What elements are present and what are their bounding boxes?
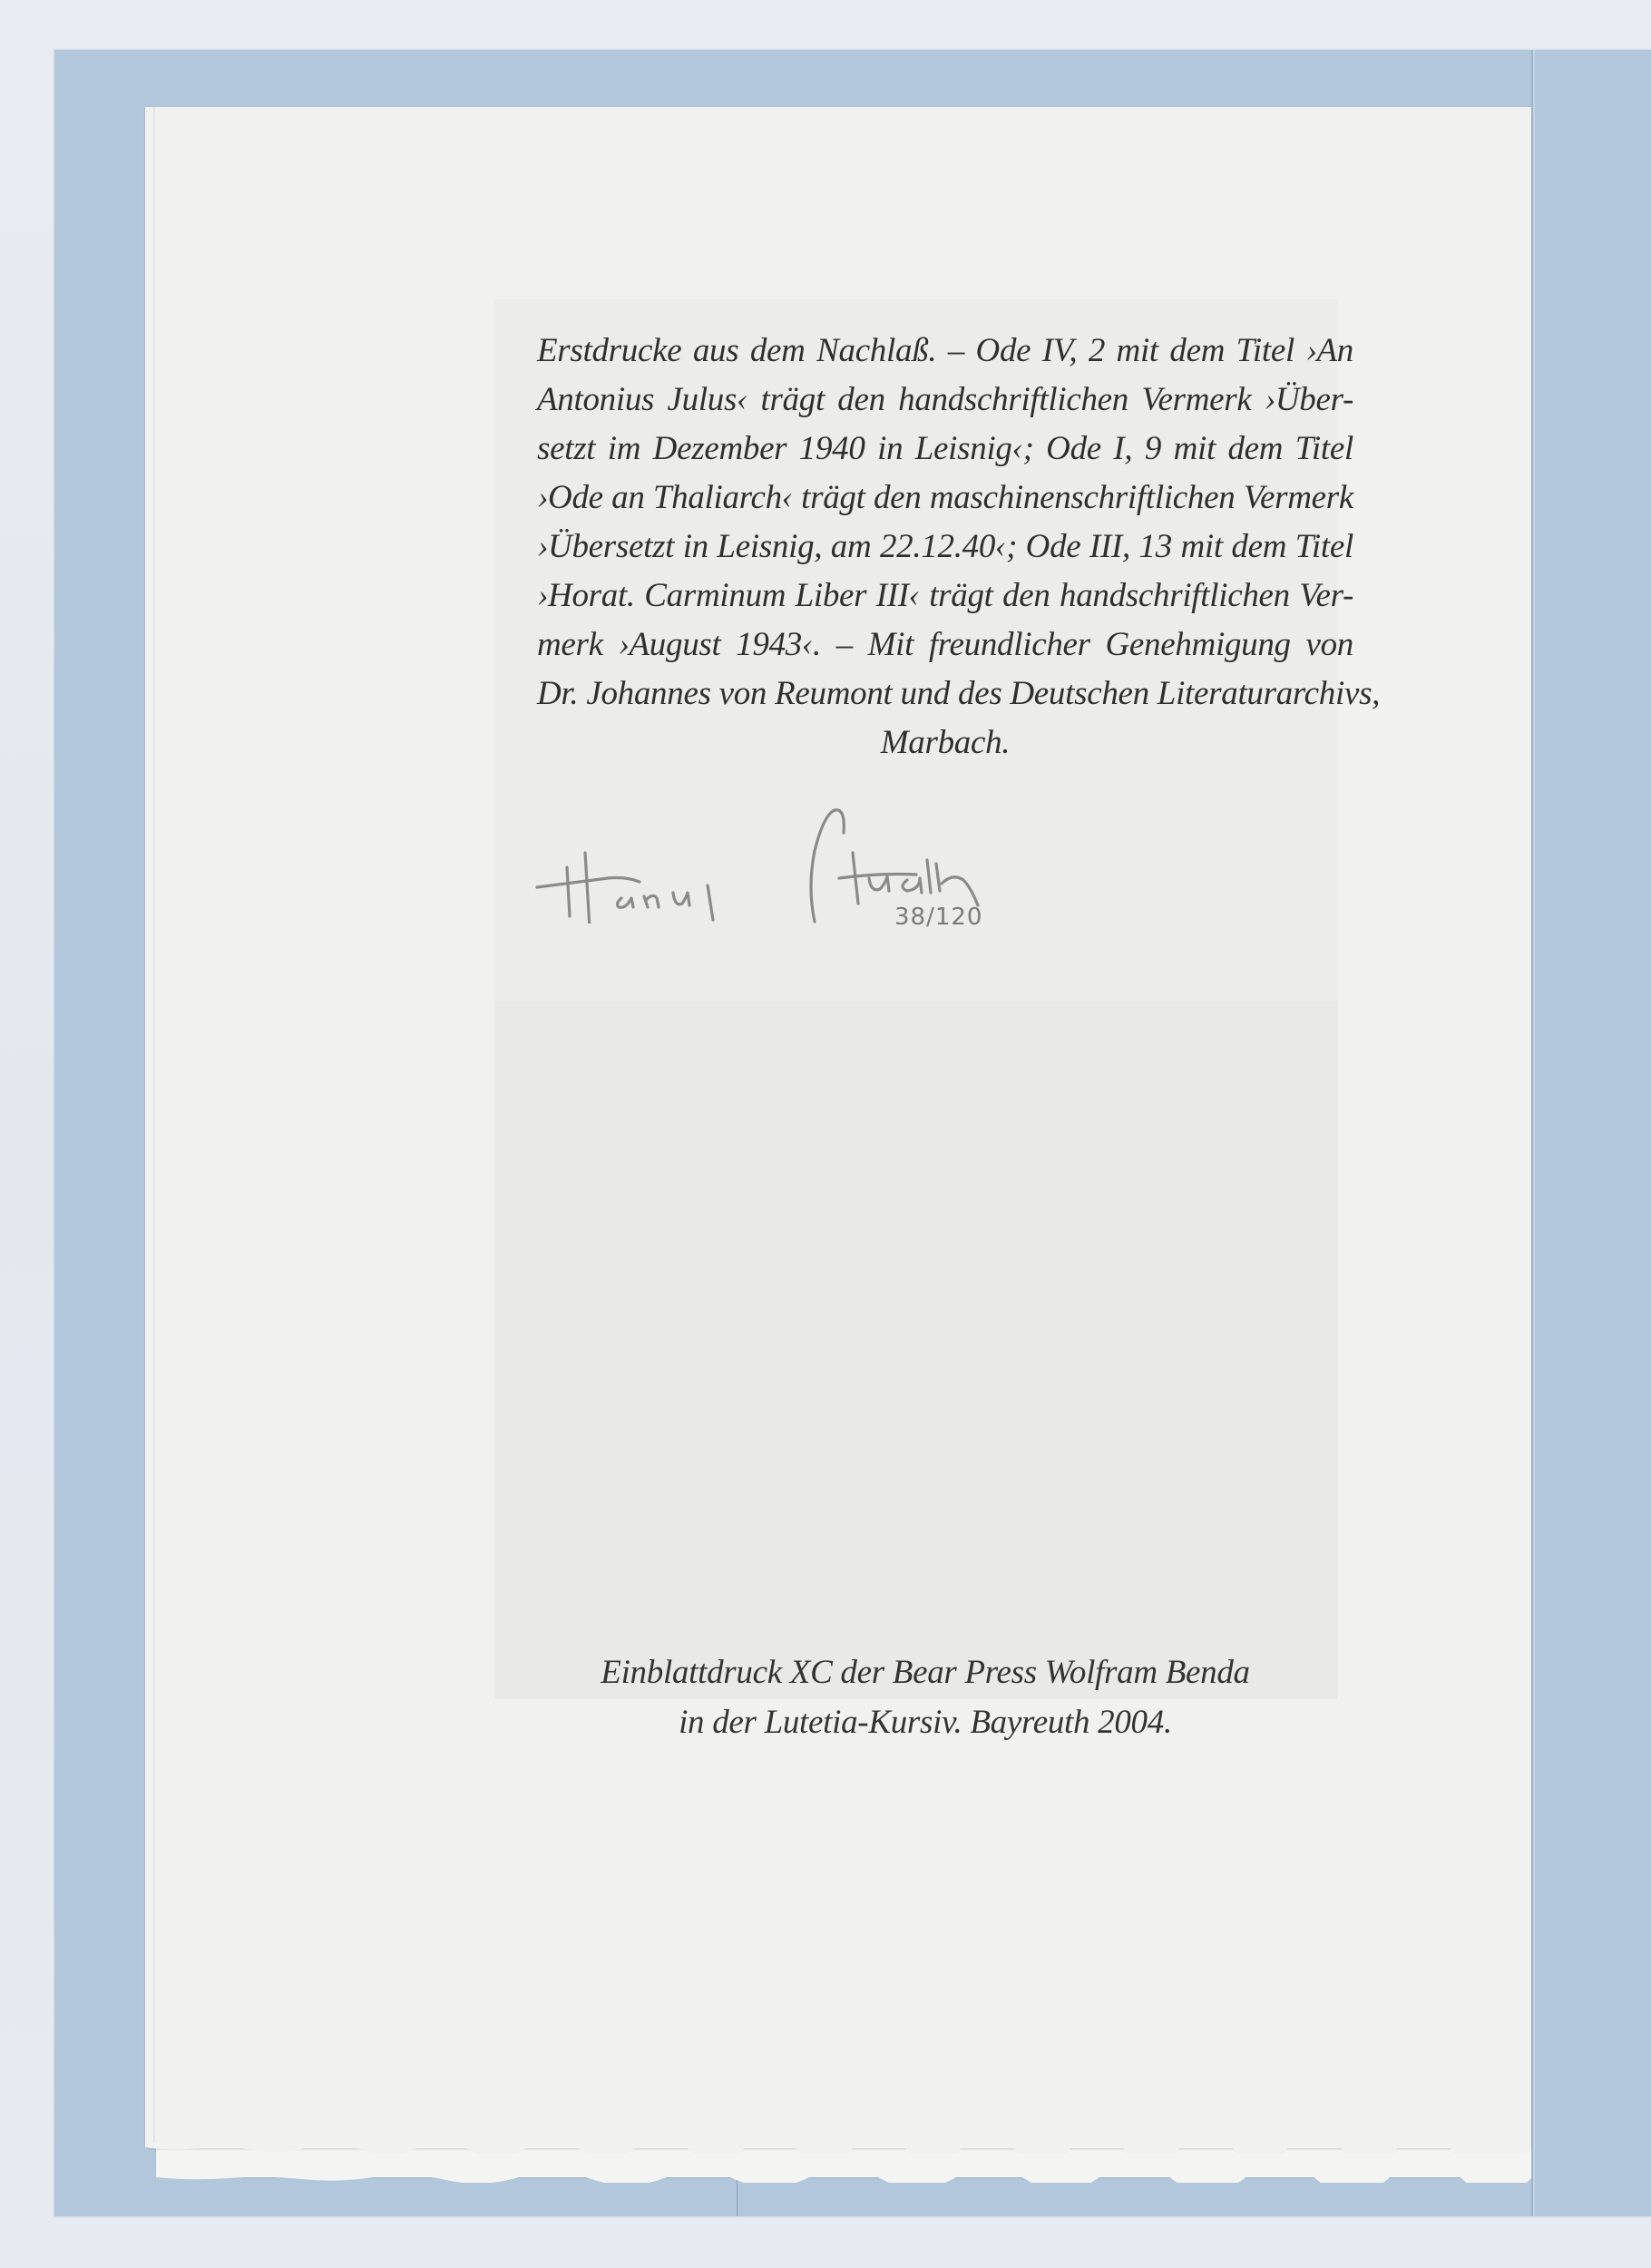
text-line: ›Horat. Carminum Liber III‹ trägt den ha… xyxy=(537,572,1353,621)
deckle-edge-bottom xyxy=(145,2143,1531,2154)
text-line: ›Übersetzt in Leisnig, am 22.12.40‹; Ode… xyxy=(537,523,1353,572)
sheet-deckle-left xyxy=(153,107,155,2148)
folder-fold-line xyxy=(1531,50,1533,2216)
edition-number: 38/120 xyxy=(894,904,982,931)
colophon-line: Einblattdruck XC der Bear Press Wolfram … xyxy=(562,1647,1288,1697)
text-line: ›Ode an Thaliarch‹ trägt den maschinensc… xyxy=(537,474,1353,523)
colophon: Einblattdruck XC der Bear Press Wolfram … xyxy=(562,1647,1288,1747)
colophon-line: in der Lutetia-Kursiv. Bayreuth 2004. xyxy=(562,1697,1288,1747)
text-line: merk ›August 1943‹. – Mit freundlicher G… xyxy=(537,621,1353,670)
text-line: Erstdrucke aus dem Nachlaß. – Ode IV, 2 … xyxy=(537,327,1353,376)
text-line: Marbach. xyxy=(537,719,1353,767)
deckle-edge-under xyxy=(156,2172,1531,2183)
show-through-image-lower xyxy=(494,1001,1338,1699)
provenance-note: Erstdrucke aus dem Nachlaß. – Ode IV, 2 … xyxy=(537,327,1353,767)
text-line: setzt im Dezember 1940 in Leisnig‹; Ode … xyxy=(537,425,1353,474)
printed-sheet: Erstdrucke aus dem Nachlaß. – Ode IV, 2 … xyxy=(145,107,1531,2148)
text-line: Dr. Johannes von Reumont und des Deutsch… xyxy=(537,670,1353,719)
text-line: Antonius Julus‹ trägt den handschriftlic… xyxy=(537,376,1353,425)
